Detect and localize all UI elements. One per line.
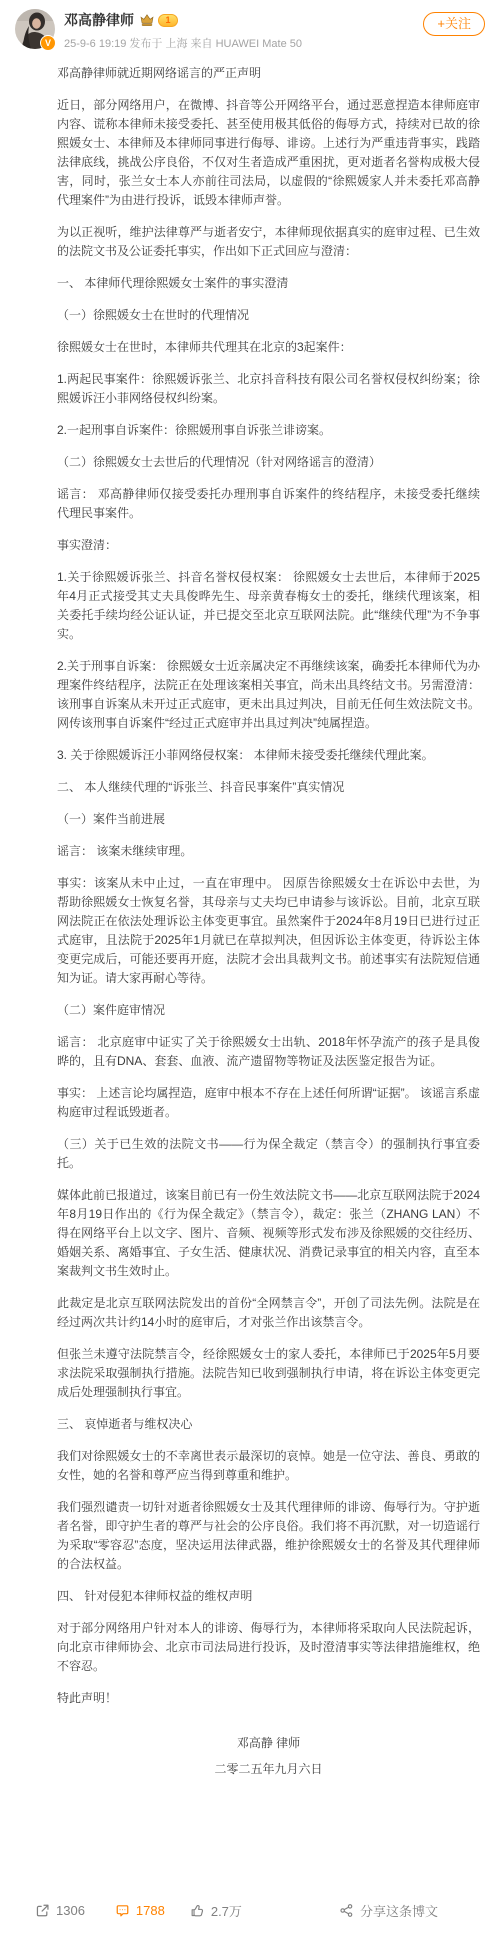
share-nodes-icon	[339, 1903, 354, 1918]
repost-icon	[35, 1903, 50, 1918]
post-paragraph: 特此声明！	[57, 1689, 480, 1708]
post-paragraph: 徐熙媛女士在世时，本律师共代理其在北京的3起案件：	[57, 338, 480, 357]
post-paragraph: 2.一起刑事自诉案件：徐熙媛刑事自诉张兰诽谤案。	[57, 421, 480, 440]
share-button[interactable]: 分享这条博文	[339, 1901, 438, 1920]
repost-button[interactable]: 1306	[35, 1903, 85, 1918]
weibo-post-page: V 邓高静律师 1 25-9-6 19:19 发布于 上海 来自 HUAWEI …	[0, 0, 500, 1936]
post-paragraph: （一）徐熙媛女士在世时的代理情况	[57, 306, 480, 325]
avatar[interactable]: V	[15, 9, 55, 49]
signature-block: 邓高静 律师 二零二五年九月六日	[57, 1734, 480, 1779]
repost-count: 1306	[56, 1903, 85, 1918]
like-button[interactable]: 2.7万	[190, 1901, 242, 1920]
comment-button[interactable]: 1788	[115, 1903, 165, 1918]
post-paragraphs: 近日，部分网络用户，在微博、抖音等公开网络平台，通过恶意捏造本律师庭审内容、谎称…	[57, 96, 480, 1708]
signature-name: 邓高静 律师	[57, 1734, 480, 1753]
post-paragraph: （二）案件庭审情况	[57, 1001, 480, 1020]
post-paragraph: 1.关于徐熙媛诉张兰、抖音名誉权侵权案： 徐熙媛女士去世后，本律师于2025年4…	[57, 568, 480, 644]
comment-count: 1788	[136, 1903, 165, 1918]
post-header: V 邓高静律师 1 25-9-6 19:19 发布于 上海 来自 HUAWEI …	[0, 0, 500, 51]
post-paragraph: 我们强烈谴责一切针对逝者徐熙媛女士及其代理律师的诽谤、侮辱行为。守护逝者名誉，即…	[57, 1498, 480, 1574]
post-content: 邓高静律师就近期网络谣言的严正声明 近日，部分网络用户，在微博、抖音等公开网络平…	[0, 51, 500, 1779]
post-paragraph: 对于部分网络用户针对本人的诽谤、侮辱行为，本律师将采取向人民法院起诉，向北京市律…	[57, 1619, 480, 1676]
header-main: 邓高静律师 1 25-9-6 19:19 发布于 上海 来自 HUAWEI Ma…	[64, 9, 423, 51]
like-count: 2.7万	[211, 1901, 242, 1920]
post-paragraph: 二、 本人继续代理的“诉张兰、抖音民事案件”真实情况	[57, 778, 480, 797]
post-paragraph: （三）关于已生效的法院文书——行为保全裁定（禁言令）的强制执行事宜委托。	[57, 1135, 480, 1173]
vip-level-badge-icon: 1	[158, 14, 178, 27]
comment-icon	[115, 1903, 130, 1918]
post-paragraph: 近日，部分网络用户，在微博、抖音等公开网络平台，通过恶意捏造本律师庭审内容、谎称…	[57, 96, 480, 210]
thumbs-up-icon	[190, 1903, 205, 1918]
username[interactable]: 邓高静律师	[64, 10, 134, 30]
post-paragraph: 为以正视听，维护法律尊严与逝者安宁，本律师现依据真实的庭审过程、已生效的法院文书…	[57, 223, 480, 261]
post-paragraph: 谣言： 北京庭审中证实了关于徐熙媛女士出轨、2018年怀孕流产的孩子是具俊晔的，…	[57, 1033, 480, 1071]
post-paragraph: 谣言： 邓高静律师仅接受委托办理刑事自诉案件的终结程序，未接受委托继续代理民事案…	[57, 485, 480, 523]
post-paragraph: 此裁定是北京互联网法院发出的首份“全网禁言令”，开创了司法先例。法院是在经过两次…	[57, 1294, 480, 1332]
post-meta: 25-9-6 19:19 发布于 上海 来自 HUAWEI Mate 50	[64, 35, 423, 51]
post-paragraph: （二）徐熙媛女士去世后的代理情况（针对网络谣言的澄清）	[57, 453, 480, 472]
post-title: 邓高静律师就近期网络谣言的严正声明	[57, 64, 480, 83]
signature-date: 二零二五年九月六日	[57, 1760, 480, 1779]
crown-icon	[140, 14, 154, 26]
post-paragraph: 1.两起民事案件：徐熙媛诉张兰、北京抖音科技有限公司名誉权侵权纠纷案；徐熙媛诉汪…	[57, 370, 480, 408]
action-bar: 1306 1788 2.7万	[0, 1901, 500, 1920]
post-paragraph: 2.关于刑事自诉案： 徐熙媛女士近亲属决定不再继续该案，确委托本律师代为办理案件…	[57, 657, 480, 733]
share-label: 分享这条博文	[360, 1901, 438, 1920]
post-paragraph: 媒体此前已报道过，该案目前已有一份生效法院文书——北京互联网法院于2024年8月…	[57, 1186, 480, 1281]
post-paragraph: 四、 针对侵犯本律师权益的维权声明	[57, 1587, 480, 1606]
follow-button[interactable]: +关注	[423, 12, 485, 36]
post-paragraph: 三、 哀悼逝者与维权决心	[57, 1415, 480, 1434]
post-paragraph: 事实：该案从未中止过，一直在审理中。 因原告徐熙媛女士在诉讼中去世，为帮助徐熙媛…	[57, 874, 480, 988]
post-paragraph: 事实： 上述言论均属捏造，庭审中根本不存在上述任何所谓“证据”。 该谣言系虚构庭…	[57, 1084, 480, 1122]
post-paragraph: 事实澄清：	[57, 536, 480, 555]
post-paragraph: 一、 本律师代理徐熙媛女士案件的事实澄清	[57, 274, 480, 293]
post-paragraph: （一）案件当前进展	[57, 810, 480, 829]
post-paragraph: 3. 关于徐熙媛诉汪小菲网络侵权案： 本律师未接受委托继续代理此案。	[57, 746, 480, 765]
post-paragraph: 我们对徐熙媛女士的不幸离世表示最深切的哀悼。她是一位守法、善良、勇敢的女性，她的…	[57, 1447, 480, 1485]
verified-v-icon: V	[40, 35, 56, 51]
post-paragraph: 谣言： 该案未继续审理。	[57, 842, 480, 861]
post-paragraph: 但张兰未遵守法院禁言令，经徐熙媛女士的家人委托，本律师已于2025年5月要求法院…	[57, 1345, 480, 1402]
